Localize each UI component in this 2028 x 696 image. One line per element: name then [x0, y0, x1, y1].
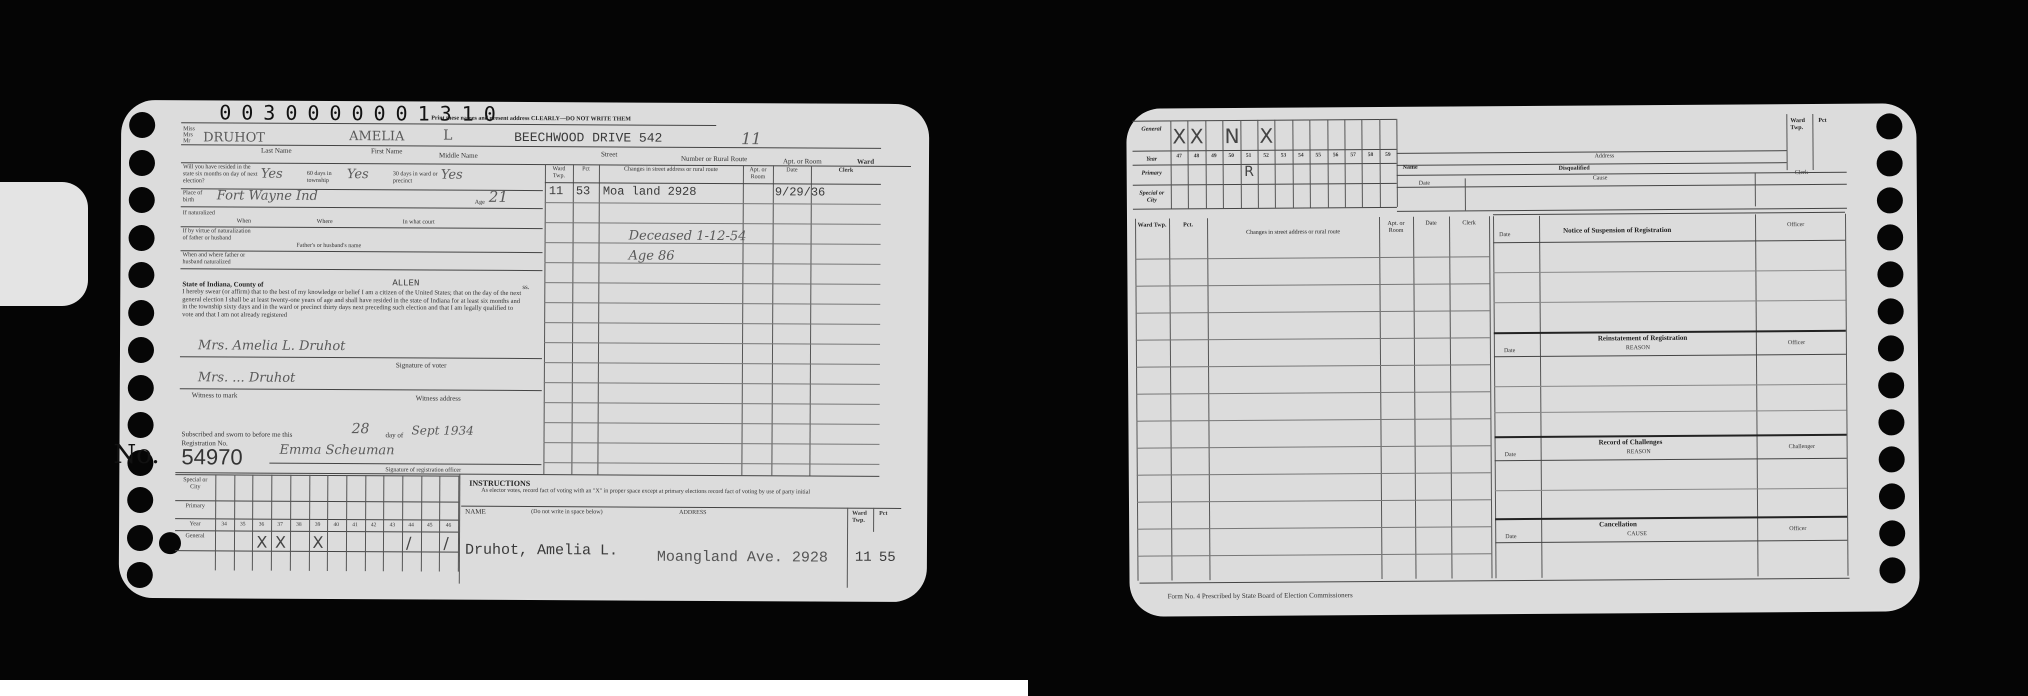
street-label: Street [601, 150, 617, 158]
rule [1133, 207, 1397, 210]
rule [1136, 418, 1490, 421]
rule [544, 262, 880, 265]
changes-header: Apt. or Room [1380, 221, 1412, 235]
disqualified-label: Disqualified [1559, 166, 1590, 173]
rule [1135, 219, 1139, 581]
punch-hole [128, 337, 154, 363]
grid-year: 55 [1310, 152, 1327, 158]
rule [741, 165, 744, 475]
punch-hole [1879, 483, 1905, 509]
grid-year: 46 [439, 523, 457, 529]
disqualified-cause-label: Cause [1593, 175, 1608, 182]
vote-mark: X [312, 533, 323, 552]
rule [544, 402, 880, 405]
rule [1413, 217, 1417, 579]
witness-address-label: Witness address [416, 394, 461, 402]
vote-mark: X [256, 533, 267, 552]
punch-hole [128, 262, 154, 288]
rule [175, 518, 459, 520]
punch-hole [129, 187, 155, 213]
naturalized-court-label: In what court [403, 219, 435, 226]
grid-year: 48 [1188, 153, 1205, 159]
grid-row-label: General [179, 533, 211, 540]
grid-year: 34 [215, 521, 233, 527]
vote-mark: / [443, 534, 448, 553]
rule [1397, 119, 1399, 207]
reinstatement-officer-label: Officer [1788, 340, 1805, 347]
punch-hole [129, 224, 155, 250]
state-residency-question: Will you have resided in the state six m… [183, 164, 263, 185]
witness-label: Witness to mark [192, 391, 238, 399]
voter-signature: Mrs. Amelia L. Druhot [198, 338, 345, 354]
subscribed-month-year: Sept 1934 [412, 423, 474, 437]
rule [1136, 364, 1490, 367]
rule [544, 362, 880, 365]
rule [544, 322, 880, 325]
changes-header: Changes in street address or rural route [1208, 229, 1378, 237]
grid-year: 47 [1171, 153, 1188, 159]
rule [1133, 163, 1397, 166]
registration-card-front: 0030000001310 Print these names and pres… [119, 100, 930, 602]
status-sections: DateNotice of Suspension of Registration… [1126, 103, 1916, 109]
grid-year: 36 [252, 522, 270, 528]
ward-value: 11 [741, 129, 761, 148]
grid-year: 43 [383, 522, 401, 528]
rule [771, 165, 774, 475]
grid-year: 38 [290, 522, 308, 528]
changes-header: Date [1414, 221, 1448, 228]
rule [1494, 300, 1846, 303]
vote-mark: X [1172, 124, 1186, 148]
age-label: Age [475, 200, 485, 207]
changes-header: Pct [575, 166, 597, 173]
change-pct: 53 [576, 184, 590, 198]
rule [1136, 391, 1490, 394]
father-naturalized-label: When and where father or husband natural… [182, 252, 262, 266]
age-value: 21 [489, 188, 508, 206]
challenges-title: Record of Challenges [1599, 439, 1663, 446]
township-answer: Yes [347, 167, 369, 182]
birthplace-value: Fort Wayne Ind [217, 188, 318, 204]
typed-ward: 11 [855, 550, 872, 566]
ward-residency-label: 30 days in ward or precinct [393, 171, 443, 185]
rule [1495, 434, 1847, 438]
rule [1135, 256, 1489, 259]
punch-hole [129, 149, 155, 175]
ward-label: Ward [857, 158, 874, 166]
scan-edge-strip [0, 680, 1028, 696]
punch-hole [1879, 446, 1905, 472]
father-name-label: Father's or husband's name [297, 243, 362, 250]
rule [1137, 472, 1491, 475]
grid-year: 54 [1292, 152, 1309, 158]
rule [1495, 540, 1847, 543]
rule [544, 302, 880, 305]
rule [1136, 337, 1490, 340]
grid-year: 37 [271, 522, 289, 528]
reinstatement-date-label: Date [1504, 348, 1515, 355]
address-changes-table-back: Ward Twp.Pct.Changes in street address o… [1126, 103, 1916, 109]
changes-header: Pct. [1170, 222, 1206, 229]
vote-mark: X [1190, 124, 1204, 148]
punch-hole [1878, 335, 1904, 361]
rule [1494, 354, 1846, 357]
subscribed-day: 28 [352, 421, 370, 437]
changes-header: Clerk [1450, 220, 1488, 227]
rule [1132, 119, 1396, 122]
reinstatement-title: Reinstatement of Registration [1598, 335, 1687, 343]
rule [1379, 217, 1383, 579]
ss-label: ss. [522, 283, 529, 291]
reinstatement-reason-label: REASON [1626, 345, 1650, 352]
rule [1137, 445, 1491, 448]
rule [1495, 488, 1847, 491]
name-label: NAME [465, 508, 486, 516]
grid-year: 51 [1240, 153, 1257, 159]
punch-hole [127, 562, 153, 588]
rule [1494, 410, 1846, 413]
number-sign: No. [113, 440, 159, 470]
rule [545, 182, 881, 185]
grid-row-label: Year [1135, 156, 1169, 163]
rule [1136, 310, 1490, 313]
rule [1133, 183, 1397, 186]
challenges-officer-label: Challenger [1789, 444, 1815, 451]
rule [1539, 216, 1543, 578]
rule [544, 282, 880, 285]
punch-hole [1877, 224, 1903, 250]
officer-signature: Emma Scheuman [279, 443, 394, 459]
cancellation-officer-label: Officer [1789, 526, 1806, 533]
address-label-back: Address [1595, 153, 1615, 160]
punch-hole [1879, 557, 1905, 583]
rule [1137, 553, 1491, 556]
changes-header: Changes in street address or rural route [601, 166, 741, 174]
rule [1494, 384, 1846, 387]
rule [1135, 283, 1489, 286]
cancellation-reason-label: CAUSE [1627, 531, 1647, 538]
day-of-label: day of [386, 431, 404, 439]
naturalized-label: If naturalized [183, 210, 223, 217]
rule [175, 500, 459, 502]
rule [1493, 216, 1497, 578]
punch-hole [127, 524, 153, 550]
typed-address: Moangland Ave. 2928 [657, 549, 828, 567]
grid-year: 52 [1258, 153, 1275, 159]
grid-row-label: General [1134, 126, 1168, 133]
voter-signature-label: Signature of voter [396, 361, 447, 369]
address-label: ADDRESS [679, 510, 706, 517]
grid-year: 41 [346, 522, 364, 528]
middle-name-value: L [443, 128, 452, 144]
township-label: 60 days in township [307, 171, 347, 185]
rule [543, 462, 879, 465]
grid-year: 35 [234, 521, 252, 527]
grid-row-label: Special or City [1135, 190, 1169, 204]
apt-label: Apt. or Room [783, 157, 822, 165]
registration-number: 54970 [181, 444, 242, 470]
first-name-label: First Name [371, 147, 402, 155]
punch-hole [1876, 113, 1902, 139]
punch-hole [128, 412, 154, 438]
punch-hole [129, 112, 155, 138]
rule [544, 382, 880, 385]
changes-header: Date [775, 167, 809, 174]
changes-header: Ward Twp. [1136, 222, 1168, 229]
last-name-value: DRUHOT [203, 130, 265, 145]
grid-year: 44 [402, 522, 420, 528]
rule [545, 222, 881, 225]
registration-card-back: GeneralYearPrimarySpecial or City47X48X4… [1126, 103, 1920, 617]
middle-name-label: Middle Name [439, 152, 478, 160]
last-name-label: Last Name [261, 147, 292, 155]
grid-year: 49 [1205, 153, 1222, 159]
change-date: 9/29/36 [775, 185, 825, 199]
grid-row-label: Special or City [179, 477, 211, 491]
rule [1493, 212, 1845, 215]
punch-hole [128, 374, 154, 400]
changes-header: Apt. or Room [745, 167, 771, 181]
do-not-write-note: (Do not write in space below) [531, 509, 603, 516]
pct-label-back: Pct [1818, 118, 1826, 125]
typed-name: Druhot, Amelia L. [465, 542, 618, 560]
number-label: Number or Rural Route [681, 155, 747, 163]
grid-row-label: Year [179, 521, 211, 528]
challenges-date-label: Date [1505, 452, 1516, 459]
suspension-title: Notice of Suspension of Registration [1563, 227, 1671, 235]
rule [175, 474, 459, 476]
deceased-annotation: Deceased 1-12-54 [629, 229, 747, 245]
first-name-value: AMELIA [349, 129, 404, 144]
rule [1755, 214, 1759, 576]
grid-row-label: Primary [1135, 170, 1169, 177]
vote-mark: X [275, 533, 286, 552]
grid-year: 56 [1327, 152, 1344, 158]
changes-header: Clerk [813, 168, 879, 175]
bottom-pct-label: Pct [879, 511, 887, 518]
punch-hole [128, 299, 154, 325]
age-annotation: Age 86 [628, 249, 674, 264]
county-value: ALLEN [392, 278, 419, 288]
punch-hole [1878, 298, 1904, 324]
bottom-ward-label: Ward Twp. [852, 511, 868, 525]
rule [1449, 217, 1453, 579]
rule [809, 166, 812, 476]
virtue-label: If by virtue of naturalization of father… [183, 228, 253, 242]
rule [545, 202, 881, 205]
rule [597, 164, 600, 474]
grid-year: 57 [1345, 152, 1362, 158]
punch-hole [1878, 409, 1904, 435]
rule [1845, 214, 1849, 576]
grid-year: 40 [327, 522, 345, 528]
suspension-officer-label: Officer [1787, 222, 1804, 229]
grid-year: 58 [1362, 152, 1379, 158]
grid-row-label: Primary [179, 503, 211, 510]
rule [1493, 270, 1845, 273]
cancellation-date-label: Date [1505, 534, 1516, 541]
voting-record-grid-back: GeneralYearPrimarySpecial or City47X48X4… [1126, 103, 1916, 109]
rule [544, 442, 880, 445]
change-ward: 11 [549, 184, 563, 198]
primary-mark: R [1244, 164, 1254, 180]
header-instruction: Print these names and present address CL… [431, 116, 631, 124]
form-footer: Form No. 4 Prescribed by State Board of … [1168, 591, 1353, 600]
grid-year: 42 [365, 522, 383, 528]
ward-label-back: Ward Twp. [1790, 118, 1808, 132]
rule [1489, 216, 1493, 578]
rule [1495, 458, 1847, 461]
punch-hole [1877, 187, 1903, 213]
instructions-title: INSTRUCTIONS [469, 479, 530, 488]
punch-hole [1877, 150, 1903, 176]
challenges-reason-label: REASON [1627, 449, 1651, 456]
naturalized-when-label: When [237, 218, 251, 225]
grid-year: 45 [421, 522, 439, 528]
witness-signature: Mrs. ... Druhot [198, 370, 296, 386]
birthplace-label: Place of birth [183, 190, 213, 204]
state-residency-answer: Yes [261, 167, 283, 182]
instructions-text: As elector votes, record fact of voting … [481, 488, 901, 497]
adjacent-card-tab [0, 182, 88, 306]
oath-text: I hereby swear (or affirm) that to the b… [182, 288, 522, 320]
naturalized-where-label: Where [317, 219, 333, 226]
rule [1137, 499, 1491, 502]
grid-year: 53 [1275, 153, 1292, 159]
grid-year: 59 [1379, 152, 1396, 158]
punch-hole [1879, 520, 1905, 546]
vote-mark: N [1225, 124, 1240, 148]
rule [1169, 218, 1173, 580]
punch-hole [127, 487, 153, 513]
change-address: Moa land 2928 [603, 184, 697, 198]
vote-mark: / [406, 533, 411, 552]
punch-hole [1878, 372, 1904, 398]
rule [1207, 218, 1211, 580]
punch-hole [1877, 261, 1903, 287]
rule [571, 164, 574, 474]
rule [1493, 240, 1845, 243]
grid-year: 50 [1223, 153, 1240, 159]
suspension-date-label: Date [1499, 232, 1510, 239]
rule [544, 422, 880, 425]
typed-pct: 55 [879, 550, 896, 566]
rule [544, 342, 880, 345]
rule [1137, 526, 1491, 529]
changes-header: Ward Twp. [547, 166, 571, 180]
vote-mark: X [1259, 124, 1273, 148]
cancellation-title: Cancellation [1599, 521, 1637, 528]
street-value: BEECHWOOD DRIVE 542 [514, 130, 662, 146]
rule [1495, 516, 1847, 520]
grid-year: 39 [309, 522, 327, 528]
subscribed-text: Subscribed and sworn to before me this [182, 430, 293, 439]
ward-residency-answer: Yes [441, 168, 463, 183]
